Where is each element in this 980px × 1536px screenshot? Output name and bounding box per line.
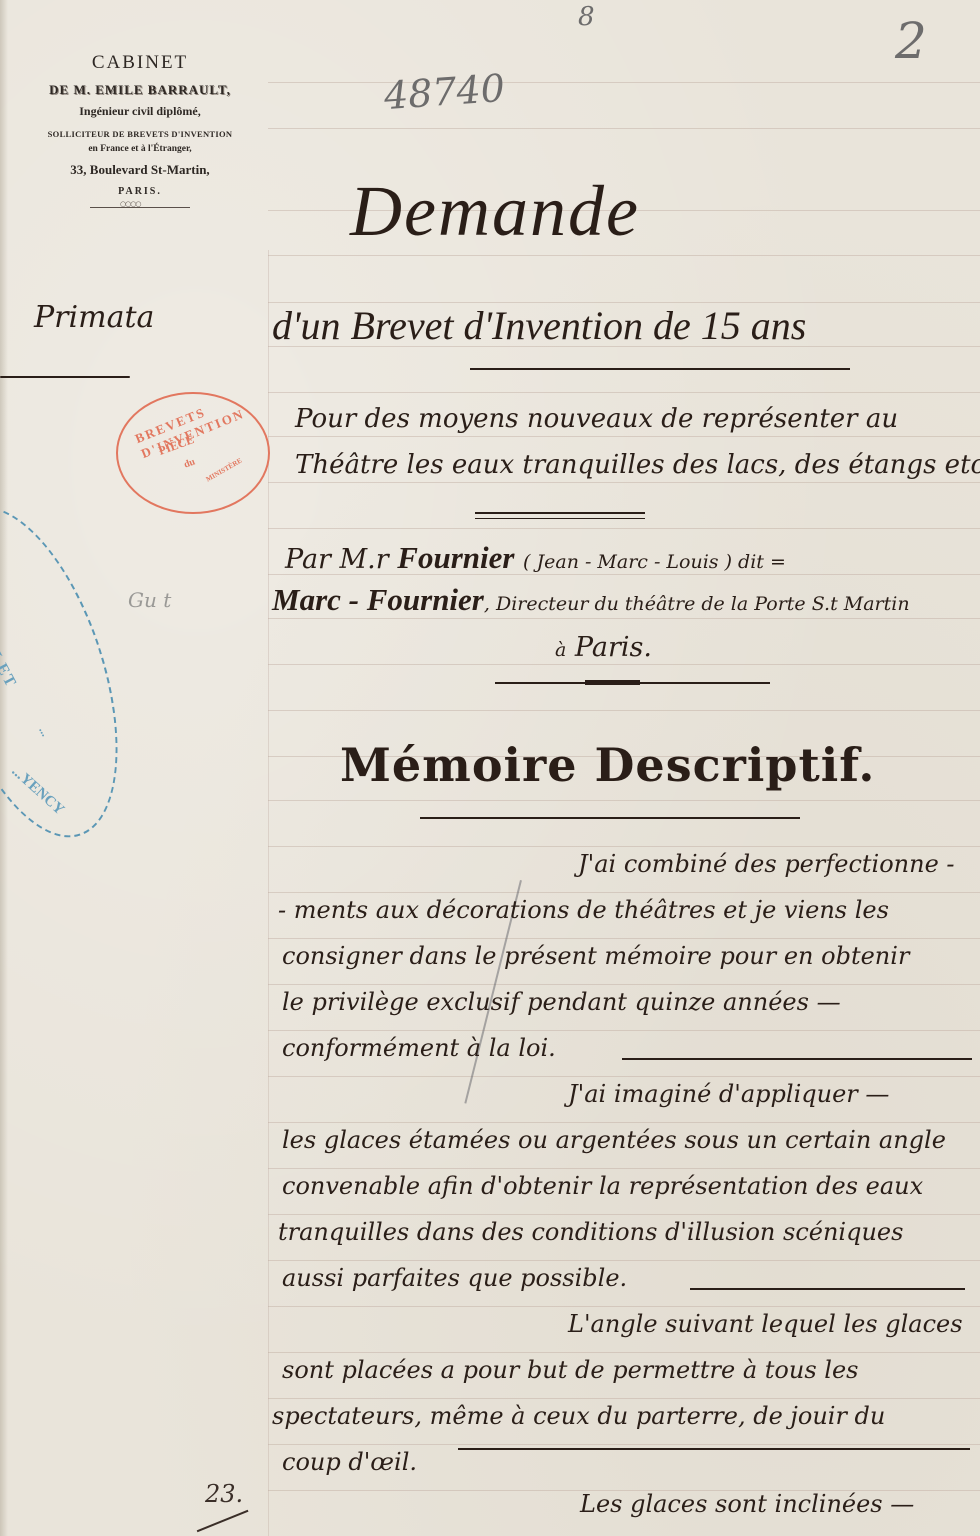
red-ministry-stamp: BREVETS D'INVENTION PIÈCE du MINISTÈRE (116, 392, 270, 514)
section-divider (495, 682, 770, 684)
body-line: consigner dans le présent mémoire pour e… (282, 942, 909, 970)
applicant-prefix: Par M.r (285, 544, 389, 575)
blue-date-stamp: ... LLET 1854 ... ...YENCY (0, 485, 153, 860)
section-heading: Mémoire Descriptif. (340, 738, 875, 792)
body-line: coup d'œil. (282, 1448, 417, 1476)
double-rule-divider (475, 512, 645, 519)
body-line: spectateurs, même à ceux du parterre, de… (272, 1402, 885, 1430)
body-line: sont placées a pour but de permettre à t… (282, 1356, 858, 1384)
body-line: J'ai combiné des perfectionne - (578, 850, 955, 878)
subtitle-underline (470, 368, 850, 370)
document-title: Demande (350, 170, 640, 253)
blue-stamp-text-3: ...YENCY (8, 763, 67, 819)
body-line: tranquilles dans des conditions d'illusi… (278, 1218, 903, 1246)
section-heading-underline (420, 817, 800, 819)
body-line: le privilège exclusif pendant quinze ann… (282, 988, 841, 1016)
letterhead-service: SOLLICITEUR DE BREVETS D'INVENTION (20, 129, 260, 139)
purpose-line-1: Pour des moyens nouveaux de représenter … (295, 404, 898, 434)
body-line: convenable afin d'obtenir la représentat… (282, 1172, 923, 1200)
document-subtitle: d'un Brevet d'Invention de 15 ans (272, 302, 806, 349)
blue-stamp-text-2: ... (35, 724, 52, 739)
margin-note-primata: Primata (34, 300, 154, 335)
body-line: - ments aux décorations de théâtres et j… (278, 896, 889, 924)
letterhead-scope: en France et à l'Étranger, (20, 144, 260, 154)
stamp-ring-text: BREVETS D'INVENTION (133, 382, 269, 462)
top-number: 8 (578, 2, 595, 32)
letterhead-ornament (90, 207, 190, 210)
page-number: 2 (895, 12, 927, 70)
line-filler (622, 1058, 972, 1060)
folio-underline (197, 1510, 249, 1532)
applicant-line-2: Marc - Fournier, Directeur du théâtre de… (272, 582, 910, 618)
body-line: les glaces étamées ou argentées sous un … (282, 1126, 946, 1154)
body-line: J'ai imaginé d'appliquer — (568, 1080, 889, 1108)
letterhead-cabinet: CABINET (20, 52, 260, 74)
document-page: CABINET DE M. EMILE BARRAULT, Ingénieur … (0, 0, 980, 1536)
folio-number: 23. (205, 1480, 243, 1508)
letterhead-profession: Ingénieur civil diplômé, (20, 104, 260, 119)
location-prefix: à (555, 639, 566, 661)
applicant-alias: Marc - Fournier (272, 582, 484, 617)
letterhead-address: 33, Boulevard St-Martin, (20, 162, 260, 178)
blue-stamp-text-1: ... LLET 1854 (0, 617, 39, 736)
line-filler (458, 1448, 970, 1450)
body-line: L'angle suivant lequel les glaces (568, 1310, 963, 1338)
stamp-center-2: du (182, 456, 196, 470)
line-filler (690, 1288, 965, 1290)
applicant-surname: Fournier (397, 540, 514, 575)
letterhead: CABINET DE M. EMILE BARRAULT, Ingénieur … (20, 52, 260, 210)
purpose-line-2: Théâtre les eaux tranquilles des lacs, d… (295, 450, 980, 480)
body-line: aussi parfaites que possible. (282, 1264, 627, 1292)
applicant-location: Paris. (575, 632, 652, 663)
applicant-given-names: ( Jean - Marc - Louis ) dit = (523, 551, 786, 573)
applicant-title: , Directeur du théâtre de la Porte S.t M… (484, 593, 910, 615)
pencil-margin-note: Gu t (128, 588, 171, 612)
applicant-line-3: à Paris. (555, 632, 652, 663)
margin-note-underline (0, 376, 130, 378)
stamp-center-3: MINISTÈRE (205, 457, 244, 484)
body-line: Les glaces sont inclinées — (580, 1490, 914, 1518)
letterhead-city: PARIS. (20, 186, 260, 197)
letterhead-name: DE M. EMILE BARRAULT, (20, 82, 260, 98)
body-line: conformément à la loi. (282, 1034, 556, 1062)
register-number: 48740 (383, 66, 507, 118)
applicant-line-1: Par M.r Fournier ( Jean - Marc - Louis )… (285, 540, 786, 576)
